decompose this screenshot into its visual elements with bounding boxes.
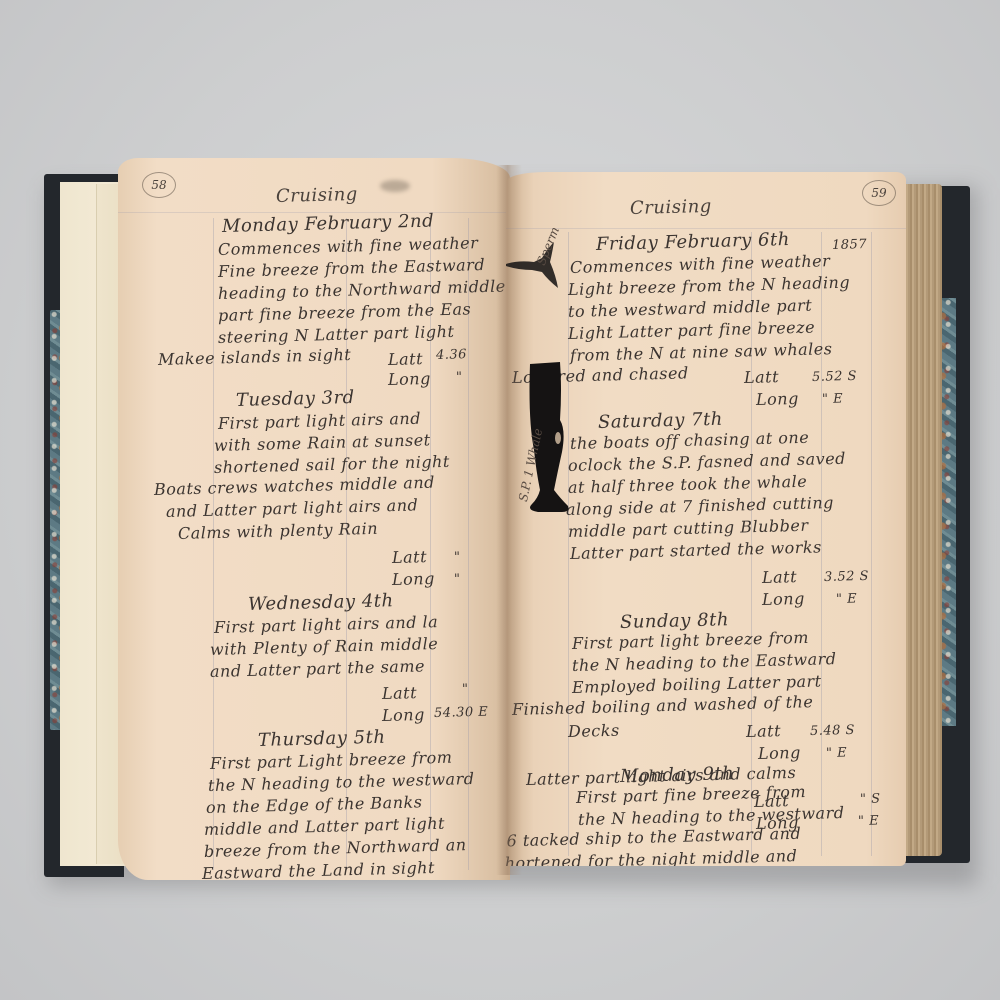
longitude-label: Long <box>392 569 435 589</box>
longitude-value: " E <box>836 591 857 607</box>
latitude-label: Latt <box>754 791 790 811</box>
longitude-label: Long <box>388 369 431 389</box>
log-line: Commences with fine weather <box>218 233 479 259</box>
log-line: Finished boiling and washed of the <box>512 692 814 719</box>
latitude-value: 5.48 S <box>810 723 855 739</box>
log-line: steering N Latter part light <box>218 322 455 347</box>
entry-day: Wednesday 4th <box>248 590 394 615</box>
log-line: part fine breeze from the Eas <box>218 299 472 325</box>
page-heading: Cruising <box>276 184 358 207</box>
log-line: with Plenty of Rain middle <box>210 634 439 659</box>
log-line: Makee islands in sight <box>158 345 352 369</box>
entry-day: Monday February 2nd <box>222 210 435 237</box>
latitude-label: Latt <box>746 721 782 741</box>
photo-scene: 58 Cruising Monday February 2nd Commence… <box>0 0 1000 1000</box>
folio-number: 58 <box>142 172 176 198</box>
log-line: on the Edge of the Banks <box>206 792 423 817</box>
ink-smudge <box>380 180 410 192</box>
page-heading: Cruising <box>630 196 712 219</box>
left-page: 58 Cruising Monday February 2nd Commence… <box>118 158 510 880</box>
longitude-value: 54.30 E <box>434 705 489 721</box>
log-line: Latter part started the works <box>570 537 822 563</box>
latitude-value: " S <box>860 791 881 807</box>
log-line: and Latter part the same <box>210 656 425 681</box>
longitude-label: Long <box>758 743 801 763</box>
longitude-label: Long <box>756 813 799 833</box>
log-line: First part light airs and <box>218 409 421 433</box>
log-line: to the westward middle part <box>568 296 813 321</box>
log-line: Decks <box>568 721 620 741</box>
header-rule <box>506 228 906 229</box>
entry-day: Friday February 6th <box>596 229 790 255</box>
column-rule <box>871 232 872 856</box>
log-line: First part light airs and la <box>214 612 439 637</box>
latitude-label: Latt <box>744 367 780 387</box>
log-line: and Latter part light airs and <box>166 495 419 521</box>
log-line: middle part cutting Blubber <box>568 516 809 541</box>
longitude-value: " <box>454 572 461 587</box>
longitude-value: " E <box>822 391 843 407</box>
latitude-value: 3.52 S <box>824 569 869 585</box>
log-line: First part Light breeze from <box>210 748 453 773</box>
latitude-label: Latt <box>382 683 418 703</box>
latitude-label: Latt <box>762 567 798 587</box>
log-line: at half three took the whale <box>568 472 808 497</box>
right-page: 59 Cruising Friday February 6th 1857 Com… <box>506 172 906 866</box>
log-line: the N heading to the westward <box>208 769 475 795</box>
log-line: First part light breeze from <box>572 628 809 653</box>
log-line: Calms with plenty Rain <box>178 519 378 543</box>
log-line: with some Rain at sunset <box>214 430 431 455</box>
longitude-value: " E <box>858 813 879 829</box>
year: 1857 <box>832 237 867 253</box>
longitude-label: Long <box>756 389 799 409</box>
longitude-label: Long <box>382 705 425 725</box>
latitude-value: " <box>454 550 461 565</box>
longitude-value: " E <box>826 745 847 761</box>
log-line: Light Latter part fine breeze <box>568 318 816 343</box>
entry-day: Tuesday 3rd <box>236 387 355 411</box>
latitude-value: 4.36 <box>436 347 467 363</box>
folio-number: 59 <box>862 180 896 206</box>
entry-day: Saturday 7th <box>598 409 723 433</box>
longitude-value: " <box>456 370 463 385</box>
longitude-label: Long <box>762 589 805 609</box>
latitude-label: Latt <box>392 547 428 567</box>
entry-day: Thursday 5th <box>258 727 386 751</box>
log-line: from the N at nine saw whales <box>570 339 833 365</box>
log-line: Eastward the Land in sight <box>202 858 435 880</box>
log-line: middle and Latter part light <box>204 814 445 839</box>
latitude-label: Latt <box>388 349 424 369</box>
latitude-value: " <box>462 682 469 697</box>
latitude-value: 5.52 S <box>812 369 857 385</box>
